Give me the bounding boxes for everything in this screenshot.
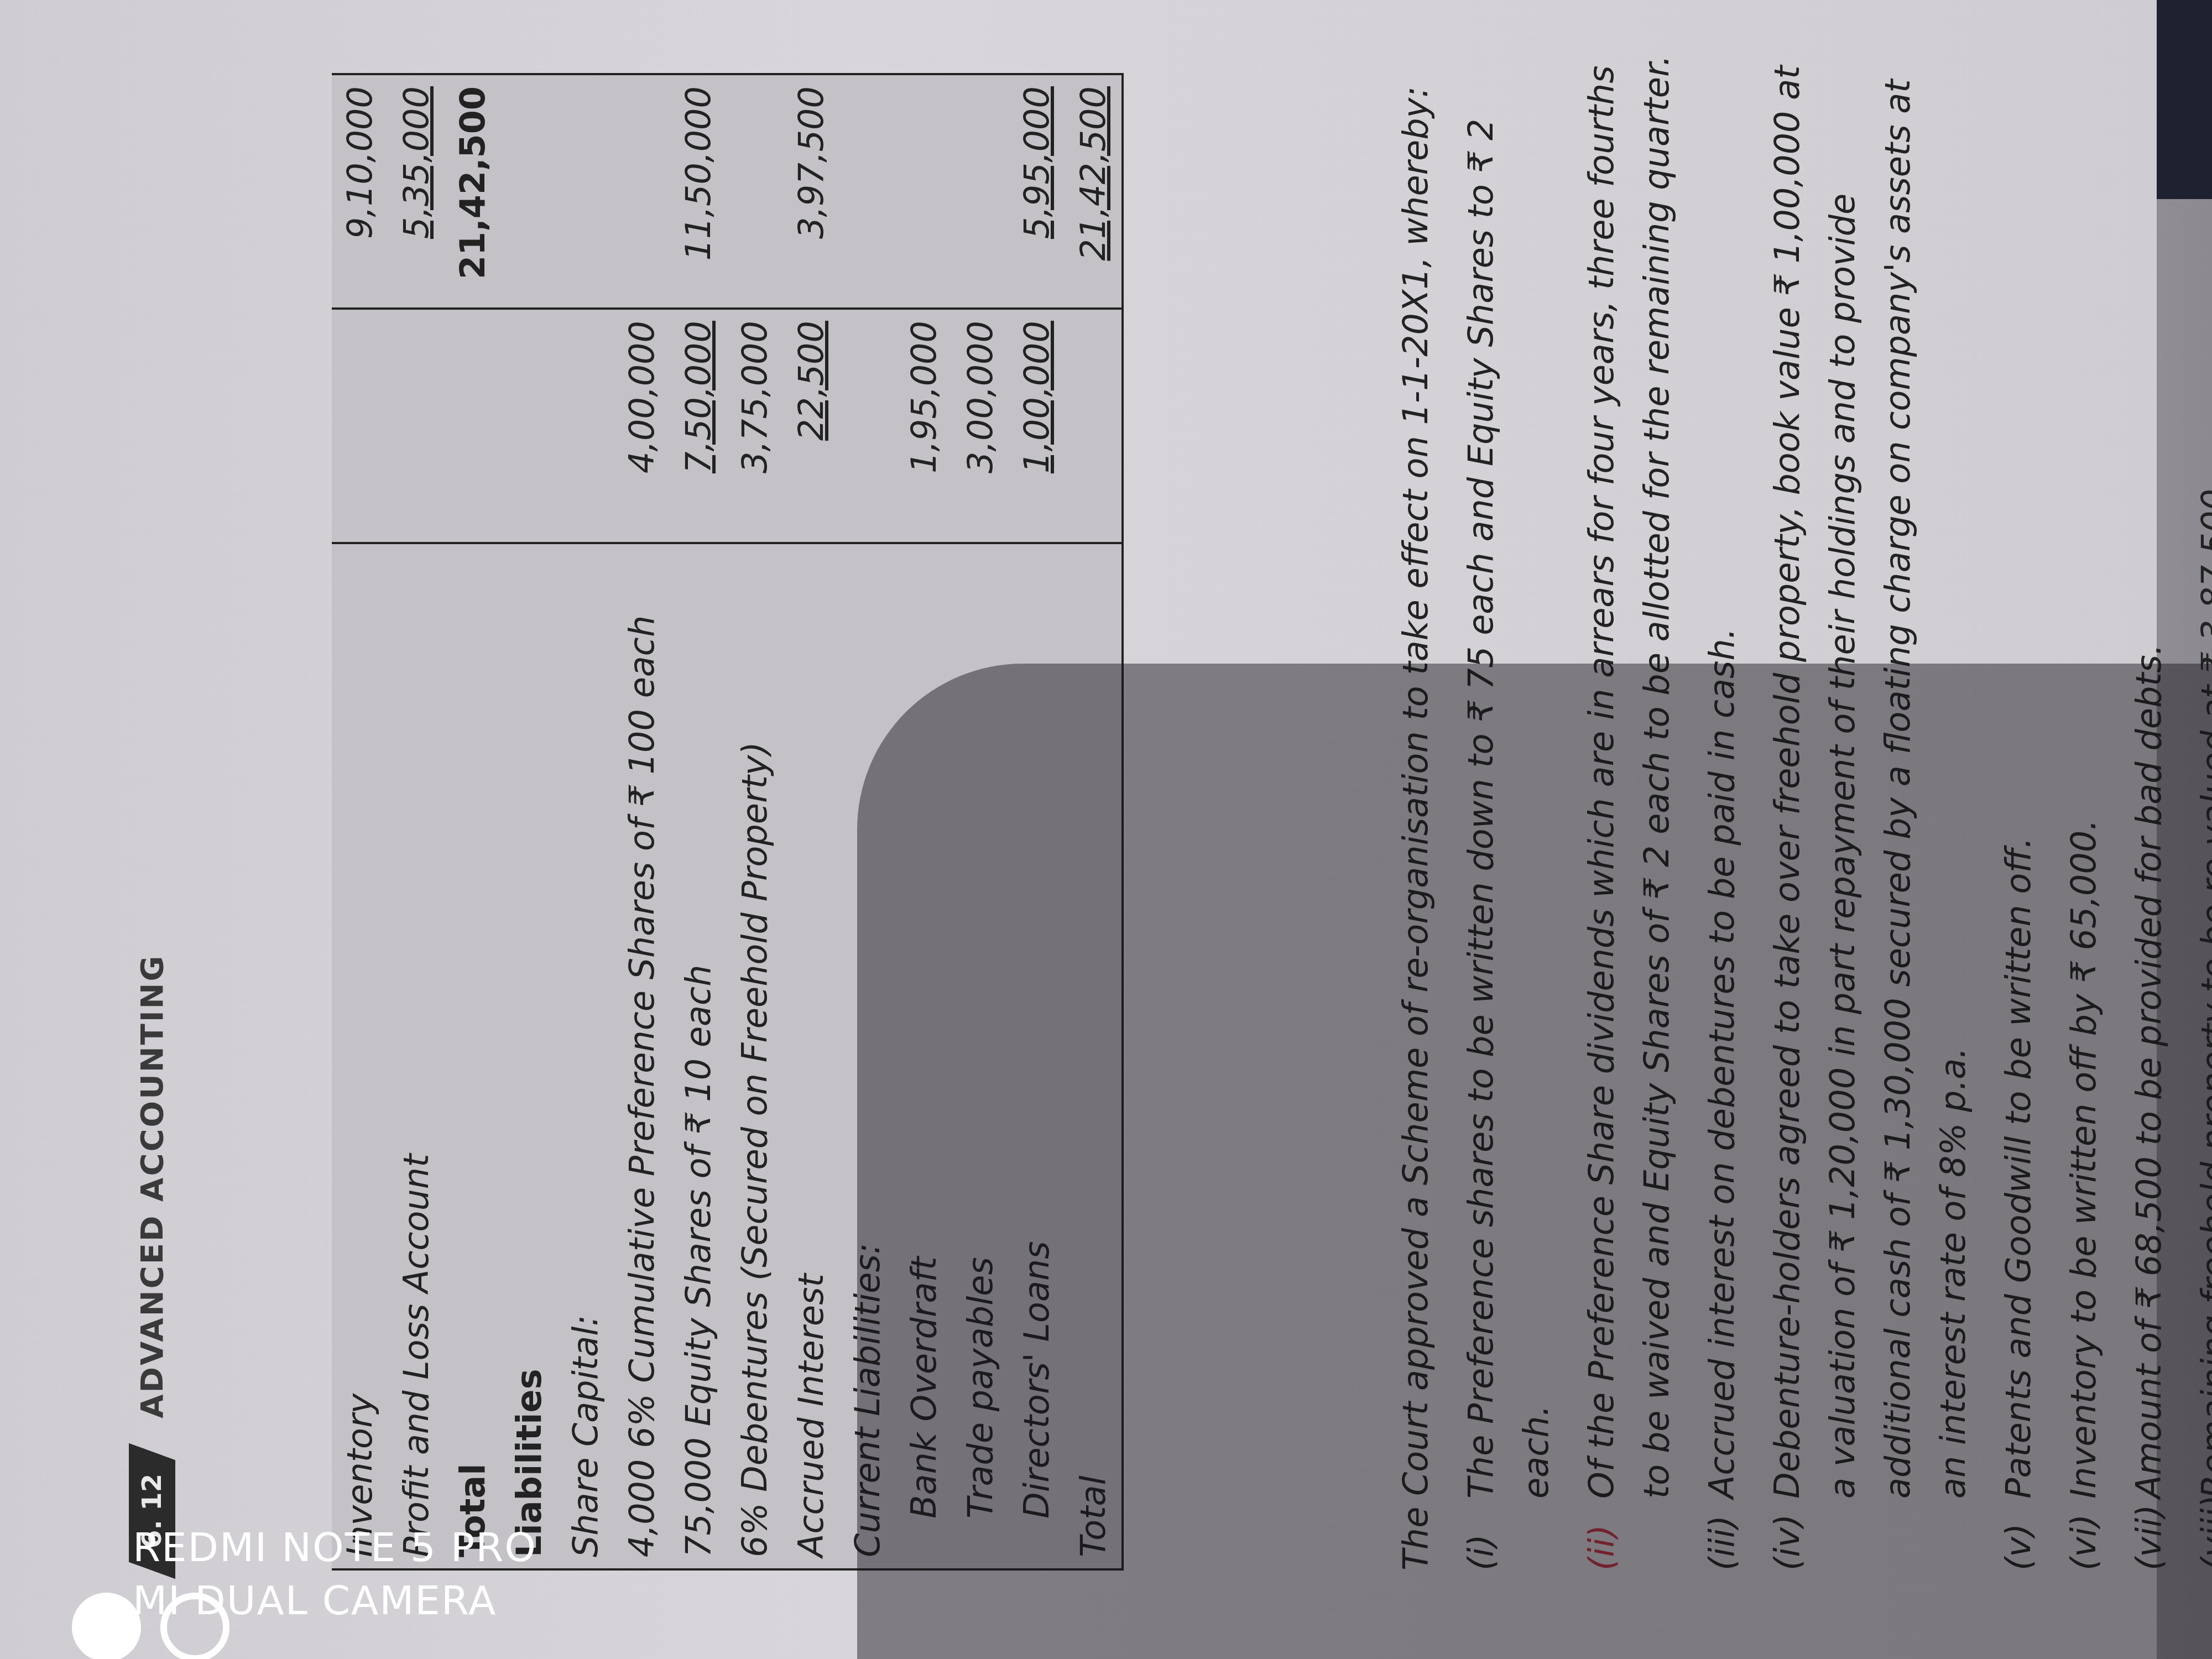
amount-col-2: 5,95,000	[1009, 75, 1065, 310]
amount-col-1	[388, 310, 445, 544]
amount-col-2: 3,97,500	[783, 75, 839, 310]
balance-sheet-row: Total21,42,500	[445, 75, 501, 1568]
row-label: Accrued Interest	[783, 544, 839, 1568]
amount-col-1: 1,00,000	[1009, 310, 1065, 544]
row-label: 75,000 Equity Shares of ₹ 10 each	[670, 544, 727, 1568]
amount-col-2	[727, 75, 783, 310]
amount-col-1: 7,50,000	[670, 310, 727, 544]
amount-col-1	[1065, 310, 1121, 544]
camera-dot-filled-icon	[72, 1593, 141, 1659]
amount-col-1	[839, 310, 896, 544]
amount-col-2: 11,50,000	[670, 75, 727, 310]
row-label: Total	[445, 544, 501, 1568]
amount-col-1	[557, 310, 614, 544]
balance-sheet-row: 75,000 Equity Shares of ₹ 10 each7,50,00…	[670, 75, 727, 1568]
row-label: Inventory	[332, 544, 388, 1568]
amount-col-1: 3,75,000	[727, 310, 783, 544]
balance-sheet-row: Inventory9,10,000	[332, 75, 388, 1568]
watermark-line-2: MI DUAL CAMERA	[133, 1574, 537, 1627]
running-title: ADVANCED ACCOUNTING	[134, 954, 170, 1418]
row-label: Share Capital:	[557, 544, 614, 1568]
row-label: Profit and Loss Account	[388, 544, 445, 1568]
amount-col-2: 21,42,500	[1065, 75, 1121, 310]
row-label: 4,000 6% Cumulative Preference Shares of…	[614, 544, 670, 1568]
amount-col-1	[501, 310, 557, 544]
balance-sheet-row: 4,000 6% Cumulative Preference Shares of…	[614, 75, 670, 1568]
row-label: 6% Debentures (Secured on Freehold Prope…	[727, 544, 783, 1568]
amount-col-2	[501, 75, 557, 310]
balance-sheet-row: Profit and Loss Account5,35,000	[388, 75, 445, 1568]
balance-sheet-row: Liabilities	[501, 75, 557, 1568]
amount-col-2	[614, 75, 670, 310]
amount-col-1: 3,00,000	[952, 310, 1009, 544]
balance-sheet-row: 6% Debentures (Secured on Freehold Prope…	[727, 75, 783, 1568]
camera-watermark: REDMI NOTE 5 PRO MI DUAL CAMERA	[133, 1521, 537, 1627]
amount-col-1	[332, 310, 388, 544]
watermark-line-1: REDMI NOTE 5 PRO	[133, 1521, 537, 1574]
amount-col-2	[839, 75, 896, 310]
row-label: Liabilities	[501, 544, 557, 1568]
amount-col-2	[896, 75, 952, 310]
balance-sheet-row: Accrued Interest22,5003,97,500	[783, 75, 839, 1568]
amount-col-2: 21,42,500	[445, 75, 501, 310]
balance-sheet-row: Share Capital:	[557, 75, 614, 1568]
amount-col-2	[952, 75, 1009, 310]
hand-shadow	[857, 664, 2212, 1659]
amount-col-1: 4,00,000	[614, 310, 670, 544]
amount-col-2	[557, 75, 614, 310]
page-header: 6. 12 ADVANCED ACCOUNTING	[122, 954, 182, 1571]
amount-col-1: 1,95,000	[896, 310, 952, 544]
amount-col-1: 22,500	[783, 310, 839, 544]
amount-col-2: 5,35,000	[388, 75, 445, 310]
amount-col-2: 9,10,000	[332, 75, 388, 310]
amount-col-1	[445, 310, 501, 544]
